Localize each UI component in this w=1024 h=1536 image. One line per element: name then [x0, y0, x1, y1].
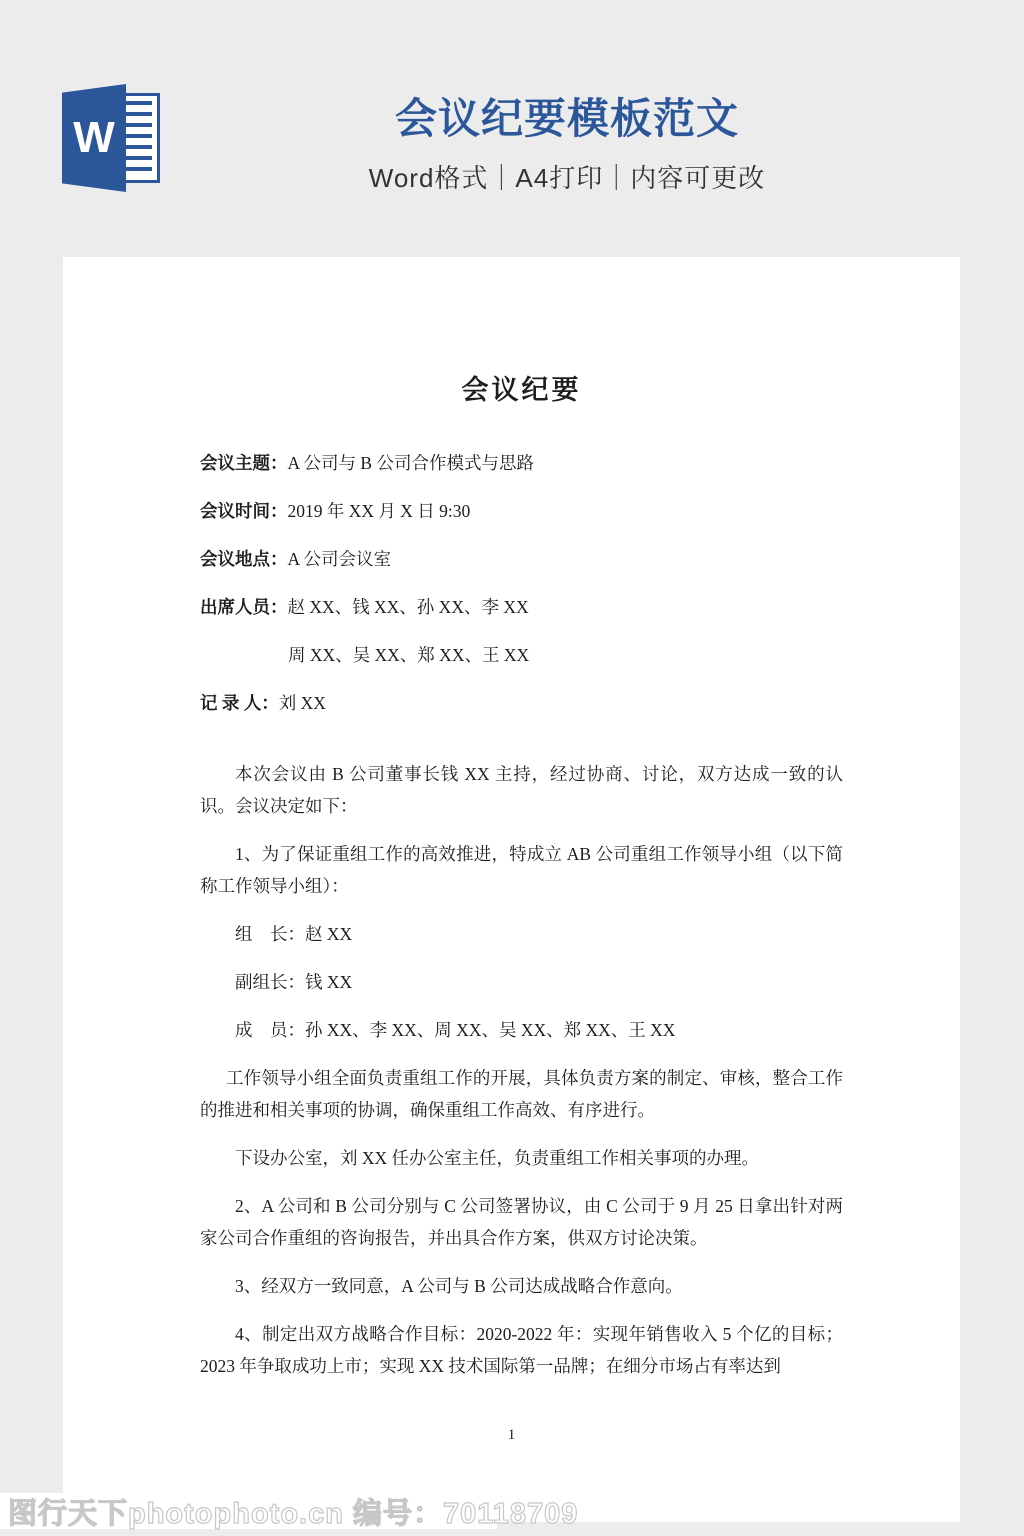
- meta-value: 2019 年 XX 月 X 日 9:30: [288, 501, 471, 521]
- paragraph: 4、制定出双方战略合作目标：2020-2022 年：实现年销售收入 5 个亿的目…: [200, 1318, 843, 1382]
- meta-label: 会议地点：: [200, 549, 288, 569]
- template-subtitle: Word格式｜A4打印｜内容可更改: [110, 158, 1024, 195]
- paragraph: 副组长：钱 XX: [200, 966, 843, 998]
- paragraph: 下设办公室，刘 XX 任办公室主任，负责重组工作相关事项的办理。: [200, 1142, 843, 1174]
- template-preview-canvas: W 会议纪要模板范文 Word格式｜A4打印｜内容可更改 会议纪要 会议主题：A…: [0, 0, 1024, 1536]
- meta-row: 周 XX、吴 XX、郑 XX、王 XX: [200, 639, 843, 671]
- meta-label: 会议主题：: [200, 453, 288, 473]
- meta-row: 出席人员：赵 XX、钱 XX、孙 XX、李 XX: [200, 591, 843, 623]
- meeting-meta-section: 会议主题：A 公司与 B 公司合作模式与思路 会议时间：2019 年 XX 月 …: [200, 447, 843, 719]
- word-letter: W: [73, 113, 115, 163]
- meta-value: 刘 XX: [279, 693, 326, 713]
- meta-value: A 公司与 B 公司合作模式与思路: [288, 453, 534, 473]
- meta-row: 会议地点：A 公司会议室: [200, 543, 843, 575]
- paragraph: 3、经双方一致同意，A 公司与 B 公司达成战略合作意向。: [200, 1270, 843, 1302]
- template-title: 会议纪要模板范文: [110, 94, 1024, 144]
- document-content: 会议纪要 会议主题：A 公司与 B 公司合作模式与思路 会议时间：2019 年 …: [63, 257, 960, 1522]
- page-number: 1: [63, 1427, 960, 1444]
- paragraph: 工作领导小组全面负责重组工作的开展，具体负责方案的制定、审核，整合工作的推进和相…: [200, 1062, 843, 1126]
- watermark-bar: 图行天下photophoto.cn 编号：70118709: [0, 1493, 497, 1529]
- header-text-block: 会议纪要模板范文 Word格式｜A4打印｜内容可更改: [110, 94, 1024, 195]
- meta-value: A 公司会议室: [288, 549, 392, 569]
- watermark-text: 图行天下photophoto.cn 编号：70118709: [0, 1491, 578, 1532]
- meta-value: 周 XX、吴 XX、郑 XX、王 XX: [288, 645, 529, 665]
- meta-row: 记 录 人：刘 XX: [200, 687, 843, 719]
- meta-label: 会议时间：: [200, 501, 288, 521]
- meta-value: 赵 XX、钱 XX、孙 XX、李 XX: [288, 597, 529, 617]
- document-page: 会议纪要 会议主题：A 公司与 B 公司合作模式与思路 会议时间：2019 年 …: [63, 257, 960, 1522]
- meta-row: 会议时间：2019 年 XX 月 X 日 9:30: [200, 495, 843, 527]
- meeting-body-section: 本次会议由 B 公司董事长钱 XX 主持，经过协商、讨论，双方达成一致的认识。会…: [200, 758, 843, 1382]
- meta-row: 会议主题：A 公司与 B 公司合作模式与思路: [200, 447, 843, 479]
- header: W 会议纪要模板范文 Word格式｜A4打印｜内容可更改: [0, 0, 1024, 257]
- paragraph: 本次会议由 B 公司董事长钱 XX 主持，经过协商、讨论，双方达成一致的认识。会…: [200, 758, 843, 822]
- meta-label: 出席人员：: [200, 597, 288, 617]
- paragraph: 1、为了保证重组工作的高效推进，特成立 AB 公司重组工作领导小组（以下简称工作…: [200, 838, 843, 902]
- document-title: 会议纪要: [200, 370, 843, 410]
- paragraph: 2、A 公司和 B 公司分别与 C 公司签署协议，由 C 公司于 9 月 25 …: [200, 1190, 843, 1254]
- paragraph: 组 长：赵 XX: [200, 918, 843, 950]
- paragraph: 成 员：孙 XX、李 XX、周 XX、吴 XX、郑 XX、王 XX: [200, 1014, 843, 1046]
- meta-label: 记 录 人：: [200, 693, 279, 713]
